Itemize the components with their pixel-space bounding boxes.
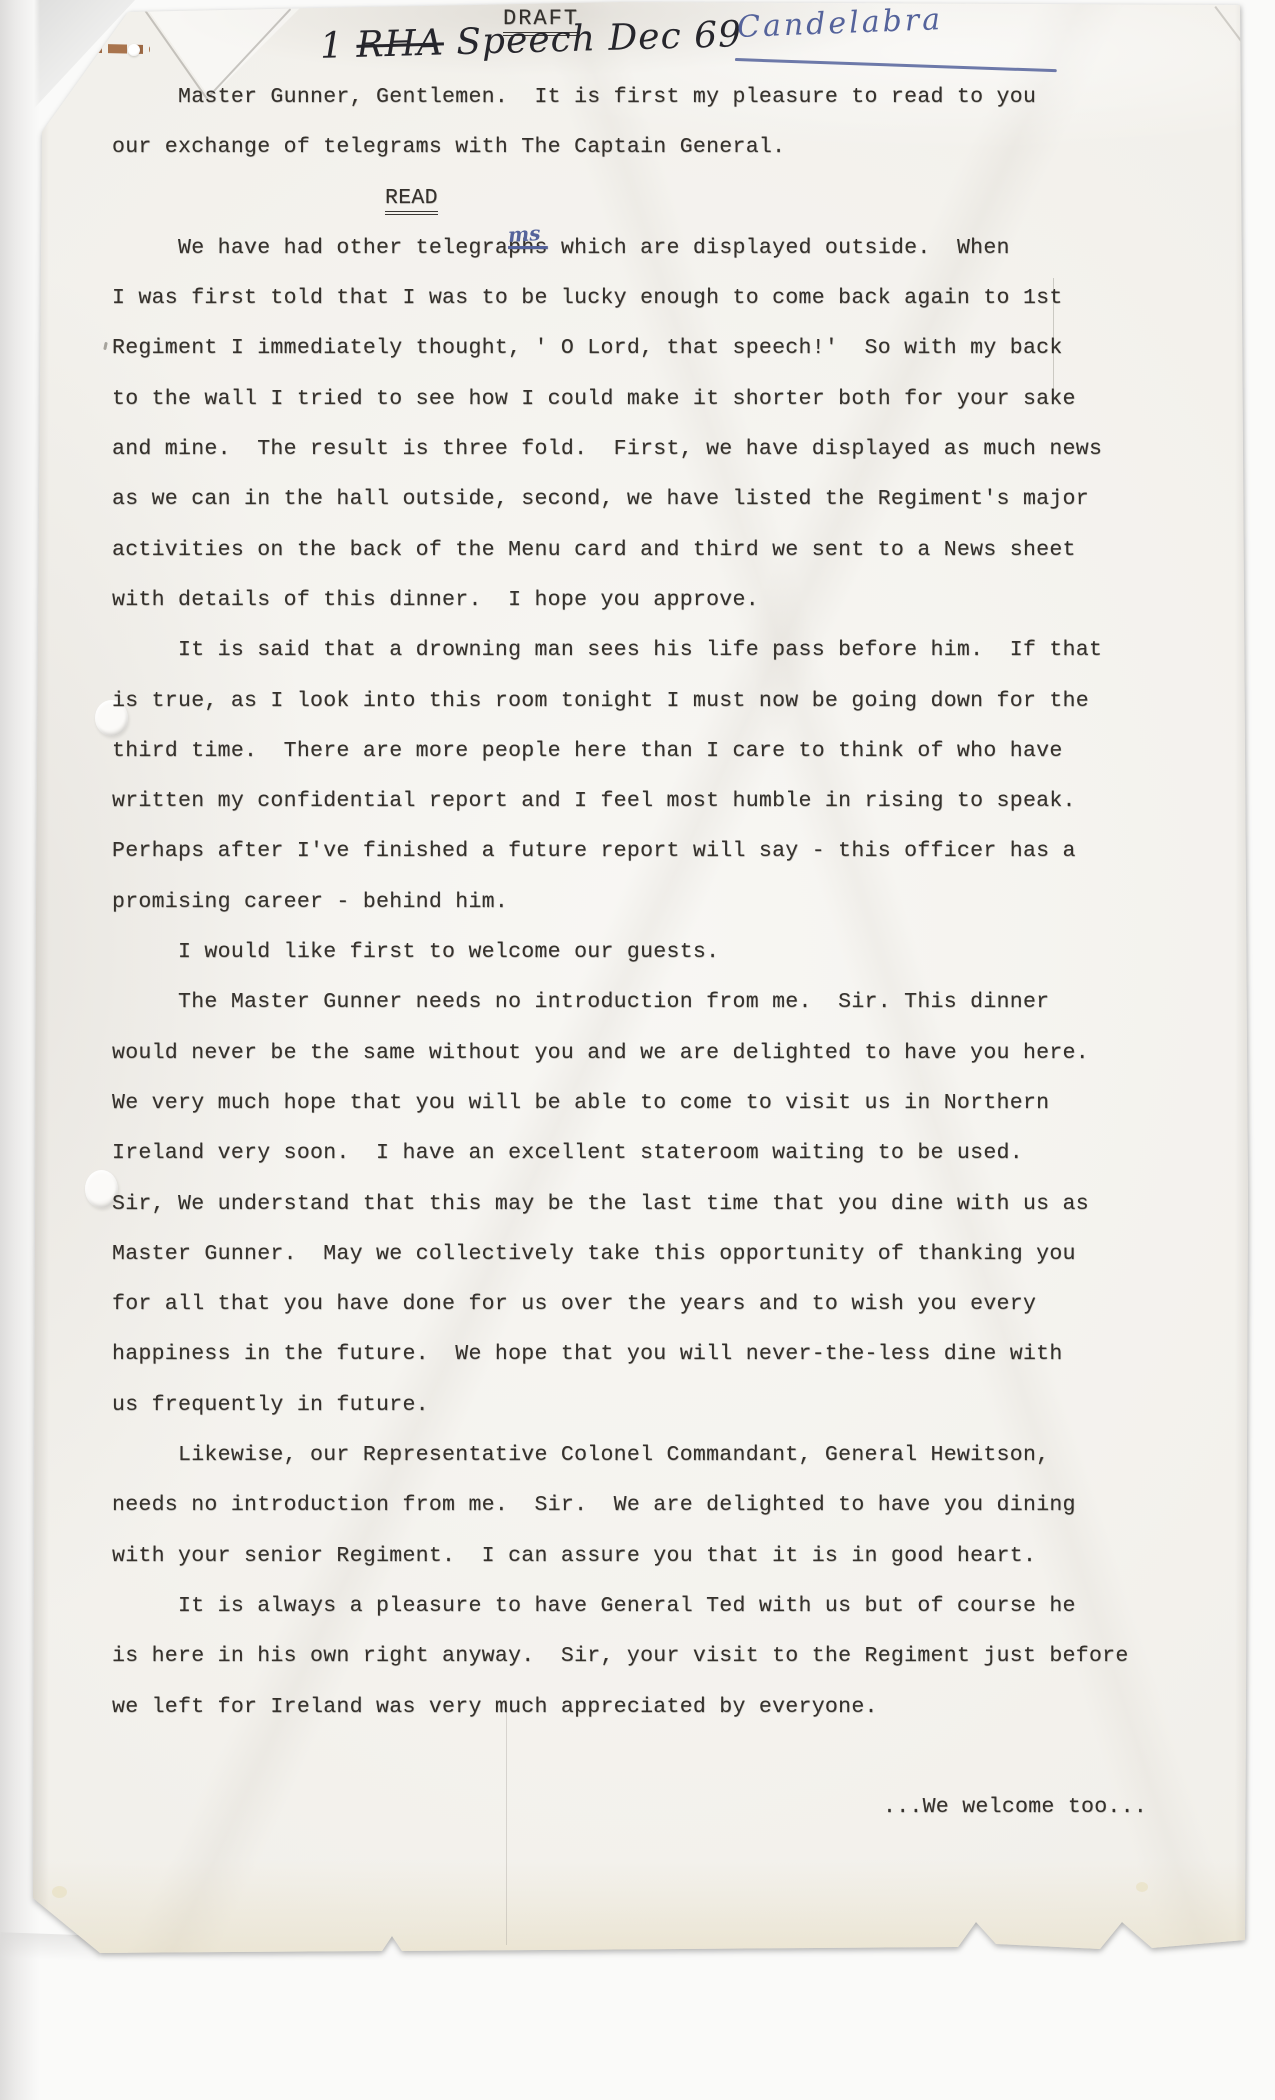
typed-line: Perhaps after I've finished a future rep… (112, 826, 1172, 876)
typed-line (112, 1732, 1172, 1782)
paper-bottom-stain (33, 1860, 1245, 1955)
paper-sheet: DRAFT 1 RHA Speech Dec 69 Candelabra Mas… (0, 0, 1275, 2100)
typed-line: to the wall I tried to see how I could m… (112, 374, 1172, 424)
typed-line: is true, as I look into this room tonigh… (112, 676, 1172, 726)
stain-spot-right (1136, 1882, 1148, 1892)
paper-left-edge-shade (33, 120, 49, 1950)
handwritten-title-suffix: Speech Dec 69 (443, 14, 742, 63)
typed-line: third time. There are more people here t… (112, 726, 1172, 776)
struck-text: phsms (508, 236, 548, 260)
handwritten-title-prefix: 1 (320, 25, 357, 67)
typed-line: Ireland very soon. I have an excellent s… (112, 1128, 1172, 1178)
typed-line: I was first told that I was to be lucky … (112, 273, 1172, 323)
typed-line: READ (385, 173, 1172, 223)
typed-line: for all that you have done for us over t… (112, 1279, 1172, 1329)
typed-line: The Master Gunner needs no introduction … (112, 977, 1172, 1027)
typed-line: our exchange of telegrams with The Capta… (112, 122, 1172, 172)
typed-line: We very much hope that you will be able … (112, 1078, 1172, 1128)
typed-line: promising career - behind him. (112, 877, 1172, 927)
typed-line: and mine. The result is three fold. Firs… (112, 424, 1172, 474)
typed-line: ...We welcome too... (883, 1782, 1172, 1832)
typed-line: Master Gunner. May we collectively take … (112, 1229, 1172, 1279)
typed-line: needs no introduction from me. Sir. We a… (112, 1480, 1172, 1530)
stain-spot-left (52, 1886, 67, 1898)
typed-line: activities on the back of the Menu card … (112, 525, 1172, 575)
typed-line: Regiment I immediately thought, ' O Lord… (112, 323, 1172, 373)
paper-right-edge-shade (1235, 4, 1249, 1944)
typed-line: written my confidential report and I fee… (112, 776, 1172, 826)
handwritten-insertion: ms (506, 208, 542, 260)
typed-line: Likewise, our Representative Colonel Com… (112, 1430, 1172, 1480)
staple-hole-glint (128, 44, 140, 56)
typed-line: We have had other telegraphsms which are… (112, 223, 1172, 273)
typed-line: It is said that a drowning man sees his … (112, 625, 1172, 675)
handwritten-title-struck: RHA (356, 22, 445, 65)
typed-line: happiness in the future. We hope that yo… (112, 1329, 1172, 1379)
typed-line: as we can in the hall outside, second, w… (112, 474, 1172, 524)
typed-line: It is always a pleasure to have General … (112, 1581, 1172, 1631)
paper-wrapper: DRAFT 1 RHA Speech Dec 69 Candelabra Mas… (0, 0, 1275, 2100)
typed-line: is here in his own right anyway. Sir, yo… (112, 1631, 1172, 1681)
typed-text: Master Gunner, Gentlemen. It is first my… (112, 72, 1172, 1832)
typed-line: Master Gunner, Gentlemen. It is first my… (112, 72, 1172, 122)
typed-line: would never be the same without you and … (112, 1028, 1172, 1078)
typed-line: with details of this dinner. I hope you … (112, 575, 1172, 625)
typed-line: I would like first to welcome our guests… (112, 927, 1172, 977)
typed-line: Sir, We understand that this may be the … (112, 1179, 1172, 1229)
typed-line: with your senior Regiment. I can assure … (112, 1531, 1172, 1581)
typed-line: us frequently in future. (112, 1380, 1172, 1430)
typed-line: we left for Ireland was very much apprec… (112, 1682, 1172, 1732)
